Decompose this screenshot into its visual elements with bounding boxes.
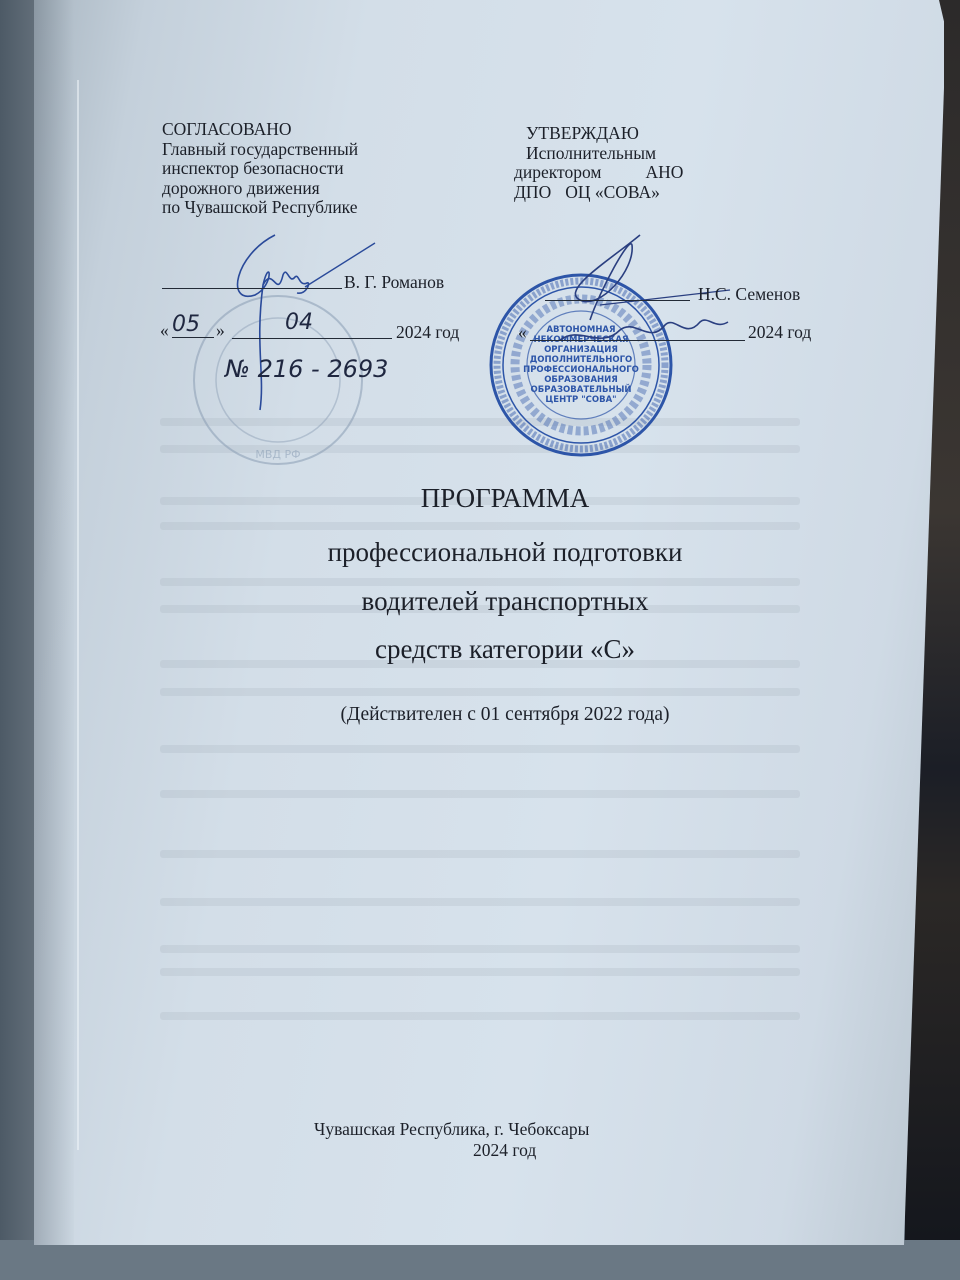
date-day-handwritten: 05 — [172, 312, 200, 337]
validity-note: (Действителен с 01 сентября 2022 года) — [0, 704, 960, 726]
show-through-line — [160, 968, 800, 976]
show-through-line — [160, 522, 800, 530]
approval-heading: СОГЛАСОВАНО — [162, 120, 358, 140]
show-through-line — [160, 790, 800, 798]
date-open-quote: « — [160, 320, 169, 341]
show-through-line — [160, 1012, 800, 1020]
program-subtitle-line: средств категории «С» — [0, 634, 960, 665]
org-name: ОЦ «СОВА» — [565, 183, 660, 203]
show-through-line — [160, 578, 800, 586]
program-subtitle-line: водителей транспортных — [0, 586, 960, 617]
svg-text:ПРОФЕССИОНАЛЬНОГО: ПРОФЕССИОНАЛЬНОГО — [523, 365, 639, 375]
date-close-quote: » — [216, 320, 225, 341]
show-through-line — [160, 850, 800, 858]
show-through-line — [160, 898, 800, 906]
date-year-right: 2024 год — [748, 322, 811, 343]
svg-text:ОБРАЗОВАНИЯ: ОБРАЗОВАНИЯ — [544, 375, 618, 385]
footer-year: 2024 год — [473, 1140, 536, 1161]
approval-heading: УТВЕРЖДАЮ — [514, 124, 683, 144]
signatory-name-right: Н.С. Семенов — [698, 284, 800, 305]
date-open-quote-right: « — [518, 322, 527, 343]
signatory-name-left: В. Г. Романов — [344, 272, 444, 293]
org-prefix: ДПО — [514, 182, 551, 202]
director-title: директором — [514, 162, 601, 182]
approval-line: ДПООЦ «СОВА» — [514, 183, 683, 203]
program-title: ПРОГРАММА — [0, 483, 960, 514]
date-line-right — [530, 340, 745, 341]
svg-text:ОБРАЗОВАТЕЛЬНЫЙ: ОБРАЗОВАТЕЛЬНЫЙ — [530, 383, 631, 395]
date-day-underline — [172, 337, 214, 338]
show-through-line — [160, 688, 800, 696]
svg-text:ЦЕНТР "СОВА": ЦЕНТР "СОВА" — [545, 395, 616, 405]
date-year-left: 2024 год — [396, 322, 459, 343]
page-stack-bottom — [0, 1240, 960, 1280]
binding-margin — [34, 0, 74, 1245]
footer-place: Чувашская Республика, г. Чебоксары — [314, 1119, 589, 1140]
signature-line-left — [162, 288, 342, 289]
approval-line: Исполнительным — [514, 144, 683, 164]
program-subtitle-line: профессиональной подготовки — [0, 537, 960, 568]
org-type: АНО — [645, 163, 683, 183]
approval-line: Главный государственный — [162, 140, 358, 160]
date-month-underline — [232, 338, 392, 339]
signature-line-right — [545, 300, 690, 301]
svg-text:МВД РФ: МВД РФ — [255, 448, 300, 461]
registration-number-handwritten: № 216 - 2693 — [225, 355, 388, 383]
date-month-handwritten: 04 — [285, 310, 313, 335]
approval-line: директоромАНО — [514, 163, 683, 183]
approval-line: по Чувашской Республике — [162, 198, 358, 218]
approval-line: инспектор безопасности — [162, 159, 358, 179]
approval-block-right: УТВЕРЖДАЮ Исполнительным директоромАНО Д… — [514, 124, 683, 202]
show-through-line — [160, 745, 800, 753]
approval-block-left: СОГЛАСОВАНО Главный государственный инсп… — [162, 120, 358, 218]
approval-line: дорожного движения — [162, 179, 358, 199]
show-through-line — [160, 945, 800, 953]
